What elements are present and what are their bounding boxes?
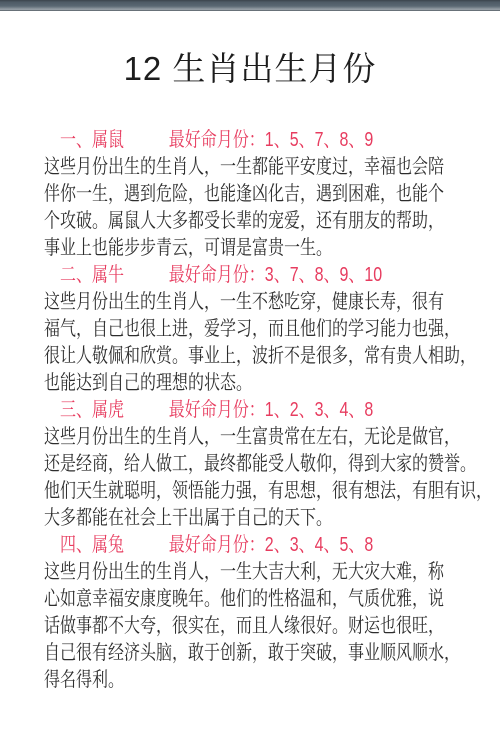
section-body-text: 这些月份出生的生肖人，一生富贵常在左右，无论是做官， 还是经商，给人做工，最终都… [44, 424, 409, 532]
page-title: 12 生肖出生月份 [0, 49, 500, 89]
section-body-text: 这些月份出生的生肖人，一生大吉大利，无大灾大难，称 心如意幸福安康度晚年。他们的… [44, 559, 409, 694]
section-body-text: 这些月份出生的生肖人，一生不愁吃穿，健康长寿，很有 福气，自己也很上进，爱学习，… [44, 289, 409, 397]
section-months-label: 最好命月份：3、7、8、9、10 [169, 264, 382, 286]
zodiac-section-ox: 二、属牛最好命月份：3、7、8、9、10 这些月份出生的生肖人，一生不愁吃穿，健… [44, 262, 409, 397]
text-column: 一、属鼠最好命月份：1、5、7、8、9 这些月份出生的生肖人，一生都能平安度过，… [44, 127, 409, 694]
section-months-label: 最好命月份：1、5、7、8、9 [169, 129, 374, 151]
section-heading: 四、属兔最好命月份：2、3、4、5、8 [44, 532, 409, 559]
section-body-text: 这些月份出生的生肖人，一生都能平安度过，幸福也会陪 伴你一生，遇到危险，也能逢凶… [44, 154, 409, 262]
section-months-label: 最好命月份：1、2、3、4、8 [169, 399, 374, 421]
window-top-bar [0, 0, 500, 11]
section-number-heading: 二、属牛 [60, 264, 124, 286]
section-number-heading: 一、属鼠 [60, 129, 124, 151]
document-content: 一、属鼠最好命月份：1、5、7、8、9 这些月份出生的生肖人，一生都能平安度过，… [0, 127, 500, 694]
section-number-heading: 四、属兔 [60, 534, 124, 556]
section-heading: 二、属牛最好命月份：3、7、8、9、10 [44, 262, 409, 289]
section-heading: 一、属鼠最好命月份：1、5、7、8、9 [44, 127, 409, 154]
zodiac-section-rabbit: 四、属兔最好命月份：2、3、4、5、8 这些月份出生的生肖人，一生大吉大利，无大… [44, 532, 409, 694]
section-months-label: 最好命月份：2、3、4、5、8 [169, 534, 374, 556]
section-number-heading: 三、属虎 [60, 399, 124, 421]
zodiac-section-rat: 一、属鼠最好命月份：1、5、7、8、9 这些月份出生的生肖人，一生都能平安度过，… [44, 127, 409, 262]
zodiac-section-tiger: 三、属虎最好命月份：1、2、3、4、8 这些月份出生的生肖人，一生富贵常在左右，… [44, 397, 409, 532]
section-heading: 三、属虎最好命月份：1、2、3、4、8 [44, 397, 409, 424]
